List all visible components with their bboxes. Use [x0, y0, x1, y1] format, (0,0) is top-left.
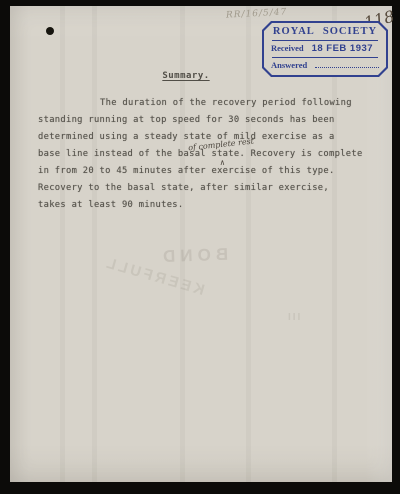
- stamp-received-label: Received: [271, 43, 304, 53]
- body-line: Recovery to the basal state, after simil…: [38, 180, 360, 197]
- stamp-received-date: 18 FEB 1937: [312, 43, 373, 54]
- insertion-caret-mark: ∧: [220, 158, 225, 167]
- royal-society-received-stamp: ROYAL SOCIETY Received 18 FEB 1937 Answe…: [262, 21, 388, 77]
- body-line: takes at least 90 minutes.: [38, 197, 360, 214]
- body-line: The duration of the recovery period foll…: [38, 95, 360, 112]
- summary-paragraph: The duration of the recovery period foll…: [38, 95, 360, 214]
- stamp-divider: [272, 40, 378, 41]
- archive-reference-annotation: RR/16/5/47: [226, 7, 288, 20]
- stamp-divider: [272, 57, 378, 58]
- stamp-answered-dotted-line: [315, 60, 379, 68]
- stamp-answered-row: Answered: [271, 60, 379, 70]
- hole-punch-mark: [46, 27, 54, 35]
- paper-watermark-showthrough: KEERFULL: [102, 254, 207, 299]
- body-line: in from 20 to 45 minutes after exercise …: [38, 163, 360, 180]
- paper-watermark-showthrough: BOND: [158, 245, 229, 267]
- paper-watermark-showthrough: III: [288, 312, 302, 323]
- scanned-document-page: { "page": { "folio_number": "118", "arch…: [0, 0, 400, 494]
- stamp-answered-label: Answered: [271, 60, 307, 70]
- stamp-received-row: Received 18 FEB 1937: [271, 43, 379, 54]
- stamp-organization: ROYAL SOCIETY: [271, 26, 379, 37]
- paper-sheet: RR/16/5/47 118 ROYAL SOCIETY Received 18…: [10, 6, 392, 482]
- page-title: Summary.: [10, 71, 362, 81]
- stamp-content: ROYAL SOCIETY Received 18 FEB 1937 Answe…: [264, 23, 386, 75]
- page-title-text: Summary.: [162, 71, 209, 81]
- body-line: standing running at top speed for 30 sec…: [38, 112, 360, 129]
